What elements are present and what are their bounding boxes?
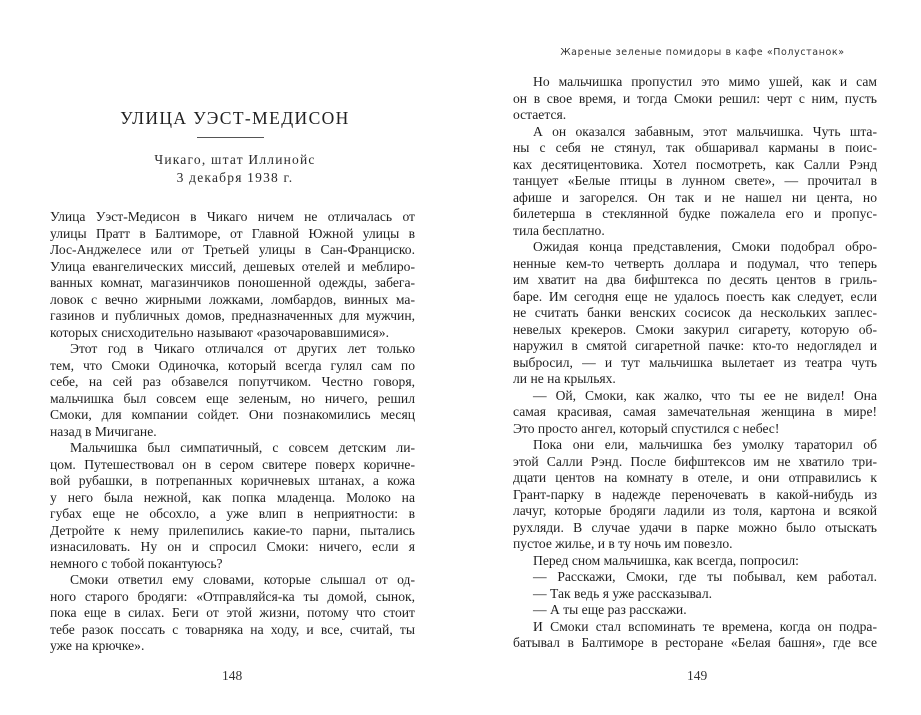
- text-line: у него была нежной, как попка младенца. …: [50, 490, 415, 507]
- text-line: афише и загорелся. Он так и не нашел ни …: [513, 190, 877, 207]
- text-line: — А ты еще раз расскажи.: [513, 602, 877, 619]
- text-line: — Расскажи, Смоки, где ты побывал, кем р…: [513, 569, 877, 586]
- text-line: Но мальчишка пропустил это мимо ушей, ка…: [513, 74, 877, 91]
- text-line: выбросил, — и тут мальчишка вылетает из …: [513, 355, 877, 372]
- page-number-left: 148: [222, 668, 242, 684]
- text-line: Улица евангелических миссий, дешевых оте…: [50, 259, 415, 276]
- right-page: Жареные зеленые помидоры в кафе «Полуста…: [460, 0, 921, 715]
- chapter-title: УЛИЦА УЭСТ-МЕДИСОН: [50, 108, 420, 129]
- text-line: уже на крючке».: [50, 638, 415, 655]
- left-page: УЛИЦА УЭСТ-МЕДИСОН Чикаго, штат Иллинойс…: [0, 0, 460, 715]
- running-head: Жареные зеленые помидоры в кафе «Полуста…: [520, 47, 885, 58]
- right-body-text: Но мальчишка пропустил это мимо ушей, ка…: [513, 74, 877, 652]
- text-line: самая красивая, самая замечательная женщ…: [513, 404, 877, 421]
- text-line: вой рубашки, в потрепанных коричневых шт…: [50, 473, 415, 490]
- text-line: А он оказался забавным, этот мальчишка. …: [513, 124, 877, 141]
- text-line: Смоки ответил ему словами, которые слыша…: [50, 572, 415, 589]
- text-line: остается.: [513, 107, 877, 124]
- text-line: ловок с вечно жирными ложками, ломбардов…: [50, 292, 415, 309]
- text-line: билетерша в стеклянной будке пожалела ег…: [513, 206, 877, 223]
- text-line: лачуг, которые бродяги ладили из толя, к…: [513, 503, 877, 520]
- text-line: пустое жилье, и в ту ночь им повезло.: [513, 536, 877, 553]
- text-line: Лос-Анджелесе или от Третьей улицы в Сан…: [50, 242, 415, 259]
- text-line: назад в Мичигане.: [50, 424, 415, 441]
- text-line: дцати центов на комнату в отеле, и они о…: [513, 470, 877, 487]
- text-line: Это просто ангел, который спустился с не…: [513, 421, 877, 438]
- text-line: батывал в Балтиморе в ресторане «Белая б…: [513, 635, 877, 652]
- text-line: себе, на сей раз обзавелся попутчиком. Ч…: [50, 374, 415, 391]
- text-line: танцует «Белые птицы в лунном свете», — …: [513, 173, 877, 190]
- chapter-place: Чикаго, штат Иллинойс: [50, 152, 420, 168]
- text-line: Ожидая конца представления, Смоки подобр…: [513, 239, 877, 256]
- text-line: улицы Пратт в Балтиморе, от Главной Южно…: [50, 226, 415, 243]
- text-line: наружил в смятой сигаретной пачке: кто-т…: [513, 338, 877, 355]
- text-line: Пока они ели, мальчишка без умолку тарат…: [513, 437, 877, 454]
- text-line: не считать банки венских сосисок да неск…: [513, 305, 877, 322]
- text-line: Детройте к нему прилепились какие-то пар…: [50, 523, 415, 540]
- text-line: мальчишка был совсем еще зеленым, но нич…: [50, 391, 415, 408]
- text-line: ны с себя не стянул, так обшаривал карма…: [513, 140, 877, 157]
- left-body-text: Улица Уэст-Медисон в Чикаго ничем не отл…: [50, 209, 415, 655]
- text-line: губах еще не обсохло, а уже влип в непри…: [50, 506, 415, 523]
- text-line: тебе разок поссать с товарняка на ходу, …: [50, 622, 415, 639]
- text-line: И Смоки стал вспоминать те времена, когд…: [513, 619, 877, 636]
- chapter-date: 3 декабря 1938 г.: [50, 170, 420, 186]
- text-line: пока еще в силах. Беги от этой жизни, по…: [50, 605, 415, 622]
- text-line: Мальчишка был симпатичный, с совсем детс…: [50, 440, 415, 457]
- text-line: ного старого бродяги: «Отправляйся-ка ты…: [50, 589, 415, 606]
- text-line: газинов и публичных домов, предназначенн…: [50, 308, 415, 325]
- text-line: Этот год в Чикаго отличался от других ле…: [50, 341, 415, 358]
- text-line: Смоки, для компании сойдет. Они познаком…: [50, 407, 415, 424]
- text-line: тем, что Смоки Одиночка, который всегда …: [50, 358, 415, 375]
- text-line: им хватит на два бифштекса по десять цен…: [513, 272, 877, 289]
- title-divider: [197, 137, 264, 138]
- text-line: баре. Им сегодня еще не удалось поесть к…: [513, 289, 877, 306]
- page-number-right: 149: [687, 668, 707, 684]
- text-line: невелых крекеров. Смоки закурил сигарету…: [513, 322, 877, 339]
- text-line: этой Салли Рэнд. После бифштексов им не …: [513, 454, 877, 471]
- text-line: ненные кем-то четверть доллара и подумал…: [513, 256, 877, 273]
- text-line: ках десятицентовика. Хотел посмотреть, к…: [513, 157, 877, 174]
- text-line: рухляди. В случае удачи в парке можно бы…: [513, 520, 877, 537]
- text-line: Перед сном мальчишка, как всегда, попрос…: [513, 553, 877, 570]
- text-line: которых снисходительно называют «разочар…: [50, 325, 415, 342]
- text-line: цом. Путешествовал он в сером свитере по…: [50, 457, 415, 474]
- text-line: — Ой, Смоки, как жалко, что ты ее не вид…: [513, 388, 877, 405]
- text-line: немного с тобой покантуюсь?: [50, 556, 415, 573]
- text-line: ванных комнат, магазинчиков поношенной о…: [50, 275, 415, 292]
- text-line: изнасиловать. Ну он и спросил Смоки: нич…: [50, 539, 415, 556]
- text-line: он в свое время, и тогда Смоки решил: че…: [513, 91, 877, 108]
- text-line: тила бесплатно.: [513, 223, 877, 240]
- text-line: ли не на крыльях.: [513, 371, 877, 388]
- text-line: Грант-парку в надежде переночевать в как…: [513, 487, 877, 504]
- text-line: — Так ведь я уже рассказывал.: [513, 586, 877, 603]
- text-line: Улица Уэст-Медисон в Чикаго ничем не отл…: [50, 209, 415, 226]
